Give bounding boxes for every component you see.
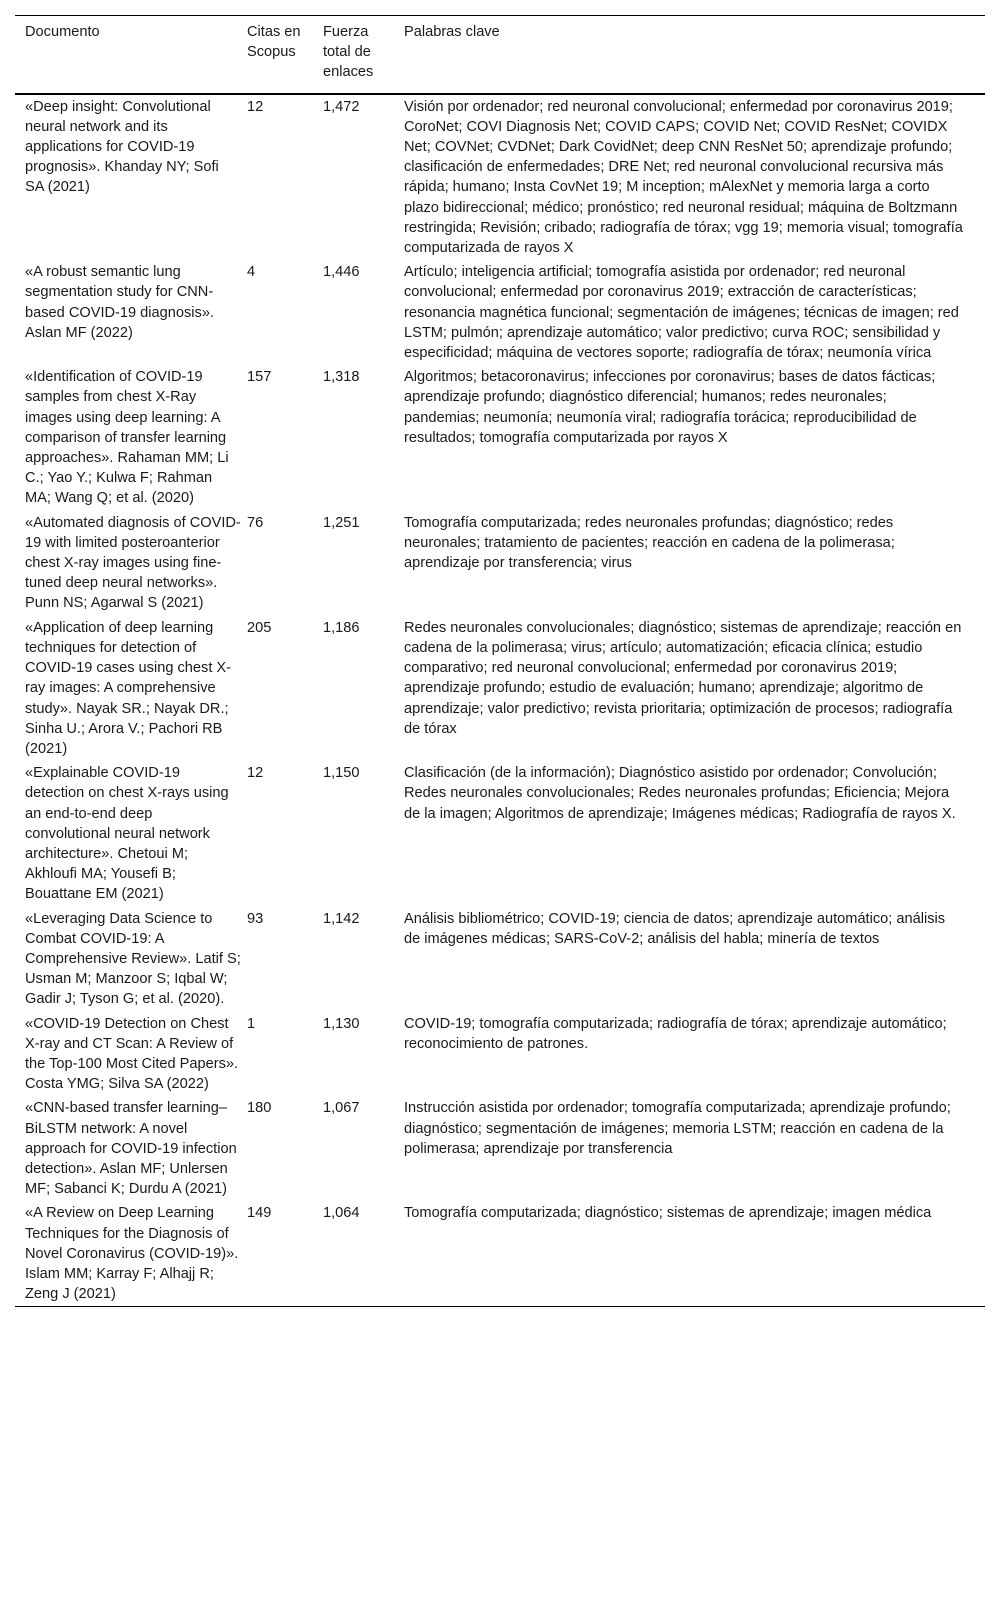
table-row: «A robust semantic lung segmentation stu…: [15, 260, 985, 365]
cell-link-strength: 1,064: [323, 1201, 404, 1307]
cell-link-strength: 1,251: [323, 511, 404, 616]
cell-link-strength: 1,130: [323, 1012, 404, 1097]
cell-citations: 76: [247, 511, 323, 616]
cell-document: «A Review on Deep Learning Techniques fo…: [15, 1201, 247, 1307]
cell-citations: 149: [247, 1201, 323, 1307]
cell-keywords: Visión por ordenador; red neuronal convo…: [404, 94, 985, 261]
cell-document: «Leveraging Data Science to Combat COVID…: [15, 907, 247, 1012]
cell-citations: 4: [247, 260, 323, 365]
cell-keywords: Análisis bibliométrico; COVID-19; cienci…: [404, 907, 985, 1012]
cell-document: «Identification of COVID-19 samples from…: [15, 365, 247, 510]
table-row: «Deep insight: Convolutional neural netw…: [15, 94, 985, 261]
cell-document: «Deep insight: Convolutional neural netw…: [15, 94, 247, 261]
cell-link-strength: 1,142: [323, 907, 404, 1012]
cell-document: «Explainable COVID-19 detection on chest…: [15, 761, 247, 906]
table-row: «CNN-based transfer learning–BiLSTM netw…: [15, 1096, 985, 1201]
cell-document: «COVID-19 Detection on Chest X-ray and C…: [15, 1012, 247, 1097]
cell-keywords: Tomografía computarizada; diagnóstico; s…: [404, 1201, 985, 1307]
header-link-strength: Fuerza total de enlaces: [323, 16, 404, 94]
cell-citations: 93: [247, 907, 323, 1012]
cell-link-strength: 1,318: [323, 365, 404, 510]
table-header-row: Documento Citas en Scopus Fuerza total d…: [15, 16, 985, 94]
cell-citations: 157: [247, 365, 323, 510]
cell-document: «A robust semantic lung segmentation stu…: [15, 260, 247, 365]
citations-table-container: Documento Citas en Scopus Fuerza total d…: [15, 15, 985, 1307]
cell-keywords: Artículo; inteligencia artificial; tomog…: [404, 260, 985, 365]
table-row: «Leveraging Data Science to Combat COVID…: [15, 907, 985, 1012]
cell-keywords: COVID-19; tomografía computarizada; radi…: [404, 1012, 985, 1097]
cell-keywords: Tomografía computarizada; redes neuronal…: [404, 511, 985, 616]
cell-citations: 205: [247, 616, 323, 761]
cell-citations: 12: [247, 94, 323, 261]
cell-link-strength: 1,472: [323, 94, 404, 261]
cell-keywords: Algoritmos; betacoronavirus; infecciones…: [404, 365, 985, 510]
header-keywords: Palabras clave: [404, 16, 985, 94]
cell-citations: 1: [247, 1012, 323, 1097]
table-body: «Deep insight: Convolutional neural netw…: [15, 94, 985, 1307]
table-row: «COVID-19 Detection on Chest X-ray and C…: [15, 1012, 985, 1097]
cell-document: «Automated diagnosis of COVID-19 with li…: [15, 511, 247, 616]
table-row: «A Review on Deep Learning Techniques fo…: [15, 1201, 985, 1307]
cell-citations: 12: [247, 761, 323, 906]
cell-keywords: Clasificación (de la información); Diagn…: [404, 761, 985, 906]
header-document: Documento: [15, 16, 247, 94]
cell-keywords: Redes neuronales convolucionales; diagnó…: [404, 616, 985, 761]
cell-document: «Application of deep learning techniques…: [15, 616, 247, 761]
cell-link-strength: 1,067: [323, 1096, 404, 1201]
cell-document: «CNN-based transfer learning–BiLSTM netw…: [15, 1096, 247, 1201]
cell-keywords: Instrucción asistida por ordenador; tomo…: [404, 1096, 985, 1201]
table-row: «Application of deep learning techniques…: [15, 616, 985, 761]
cell-link-strength: 1,186: [323, 616, 404, 761]
cell-link-strength: 1,150: [323, 761, 404, 906]
header-citations: Citas en Scopus: [247, 16, 323, 94]
table-row: «Explainable COVID-19 detection on chest…: [15, 761, 985, 906]
cell-citations: 180: [247, 1096, 323, 1201]
table-row: «Automated diagnosis of COVID-19 with li…: [15, 511, 985, 616]
table-row: «Identification of COVID-19 samples from…: [15, 365, 985, 510]
top-documents-table: Documento Citas en Scopus Fuerza total d…: [15, 15, 985, 1307]
cell-link-strength: 1,446: [323, 260, 404, 365]
